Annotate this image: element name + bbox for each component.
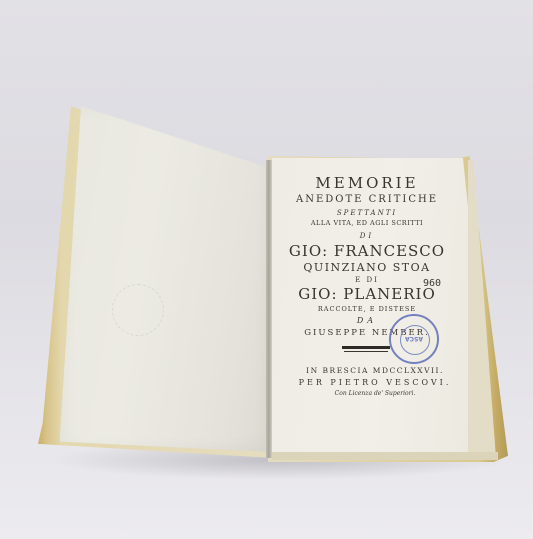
imprint-place-date: IN BRESCIA MDCCLXXVII.: [290, 366, 460, 375]
imprint-license: Con Licenza de' Superiori.: [290, 390, 460, 397]
title-line: MEMORIE: [272, 176, 462, 191]
faint-stamp-ghost: [112, 284, 164, 336]
title-line: RACCOLTE, E DISTESE: [272, 306, 462, 313]
page-fore-edge: [468, 160, 496, 458]
imprint-printer: PER PIETRO VESCOVI.: [290, 378, 460, 387]
page-bottom-edge: [272, 452, 498, 460]
subject-name-line: QUINZIANO STOA: [272, 262, 462, 273]
title-line: SPETTANTI: [272, 210, 462, 217]
title-text-block: MEMORIE ANEDOTE CRITICHE SPETTANTI ALLA …: [272, 176, 462, 338]
library-stamp: ASCA: [389, 314, 439, 364]
title-line: DI: [272, 233, 462, 240]
flyleaf-page: [60, 106, 270, 452]
printed-rule: [342, 346, 390, 349]
printed-rule: [344, 351, 388, 352]
imprint-block: IN BRESCIA MDCCLXXVII. PER PIETRO VESCOV…: [290, 366, 460, 397]
photo-scene: MEMORIE ANEDOTE CRITICHE SPETTANTI ALLA …: [0, 0, 533, 539]
subject-name-line: GIO: FRANCESCO: [272, 244, 462, 259]
title-line: ALLA VITA, ED AGLI SCRITTI: [272, 220, 462, 227]
handwritten-shelfmark: 960: [423, 278, 441, 289]
subtitle-line: ANEDOTE CRITICHE: [272, 195, 462, 205]
stamp-center-text: ASCA: [399, 335, 429, 342]
